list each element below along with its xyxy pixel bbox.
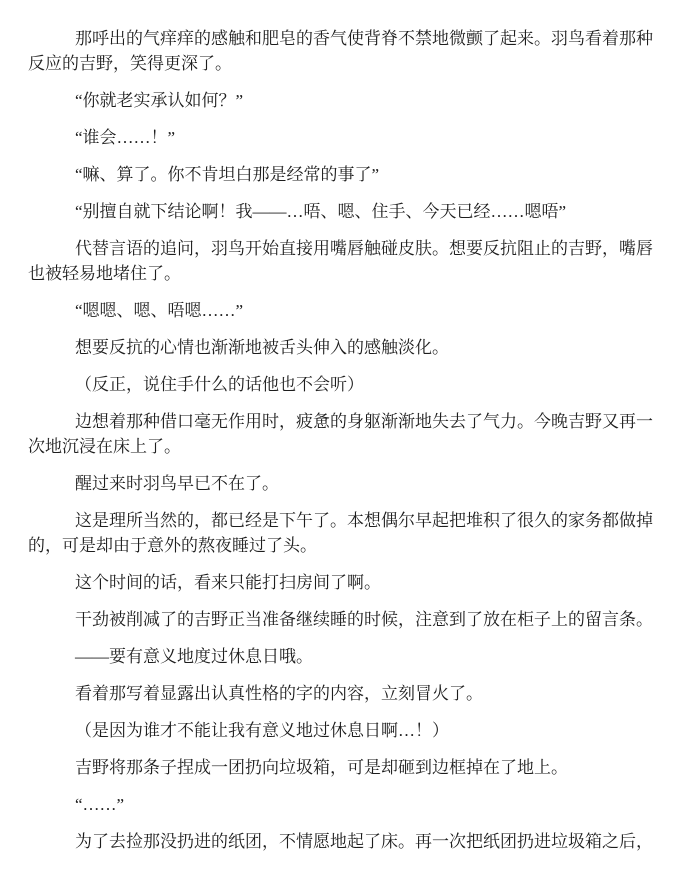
paragraph-inner-thought: （反正，说住手什么的话他也不会听） <box>28 372 660 397</box>
paragraph-dialogue: “别擅自就下结论啊！我——…唔、嗯、住手、今天已经……嗯唔” <box>28 199 660 224</box>
paragraph-dialogue: “谁会……！” <box>28 125 660 150</box>
paragraph: 吉野将那条子捏成一团扔向垃圾箱，可是却砸到边框掉在了地上。 <box>28 755 660 780</box>
paragraph-dialogue: “嘛、算了。你不肯坦白那是经常的事了” <box>28 162 660 187</box>
paragraph: 代替言语的追问，羽鸟开始直接用嘴唇触碰皮肤。想要反抗阻止的吉野，嘴唇也被轻易地堵… <box>28 236 660 286</box>
paragraph: 那呼出的气痒痒的感触和肥皂的香气使背脊不禁地微颤了起来。羽鸟看着那种反应的吉野，… <box>28 26 660 76</box>
document-page: 那呼出的气痒痒的感触和肥皂的香气使背脊不禁地微颤了起来。羽鸟看着那种反应的吉野，… <box>0 0 680 880</box>
paragraph: 这个时间的话，看来只能打扫房间了啊。 <box>28 570 660 595</box>
paragraph: 想要反抗的心情也渐渐地被舌头伸入的感触淡化。 <box>28 335 660 360</box>
paragraph: 边想着那种借口毫无作用时，疲惫的身躯渐渐地失去了气力。今晚吉野又再一次地沉浸在床… <box>28 409 660 459</box>
paragraph-dialogue: “……” <box>28 792 660 817</box>
paragraph: 醒过来时羽鸟早已不在了。 <box>28 471 660 496</box>
paragraph-inner-thought: （是因为谁才不能让我有意义地过休息日啊…！） <box>28 718 660 743</box>
paragraph: 看着那写着显露出认真性格的字的内容，立刻冒火了。 <box>28 681 660 706</box>
paragraph-note: ——要有意义地度过休息日哦。 <box>28 644 660 669</box>
paragraph: 这是理所当然的，都已经是下午了。本想偶尔早起把堆积了很久的家务都做掉的，可是却由… <box>28 508 660 558</box>
paragraph-dialogue: “你就老实承认如何？” <box>28 88 660 113</box>
paragraph: 为了去捡那没扔进的纸团，不情愿地起了床。再一次把纸团扔进垃圾箱之后， <box>28 829 660 854</box>
paragraph: 干劲被削减了的吉野正当准备继续睡的时候，注意到了放在柜子上的留言条。 <box>28 607 660 632</box>
paragraph-dialogue: “嗯嗯、嗯、唔嗯……” <box>28 298 660 323</box>
